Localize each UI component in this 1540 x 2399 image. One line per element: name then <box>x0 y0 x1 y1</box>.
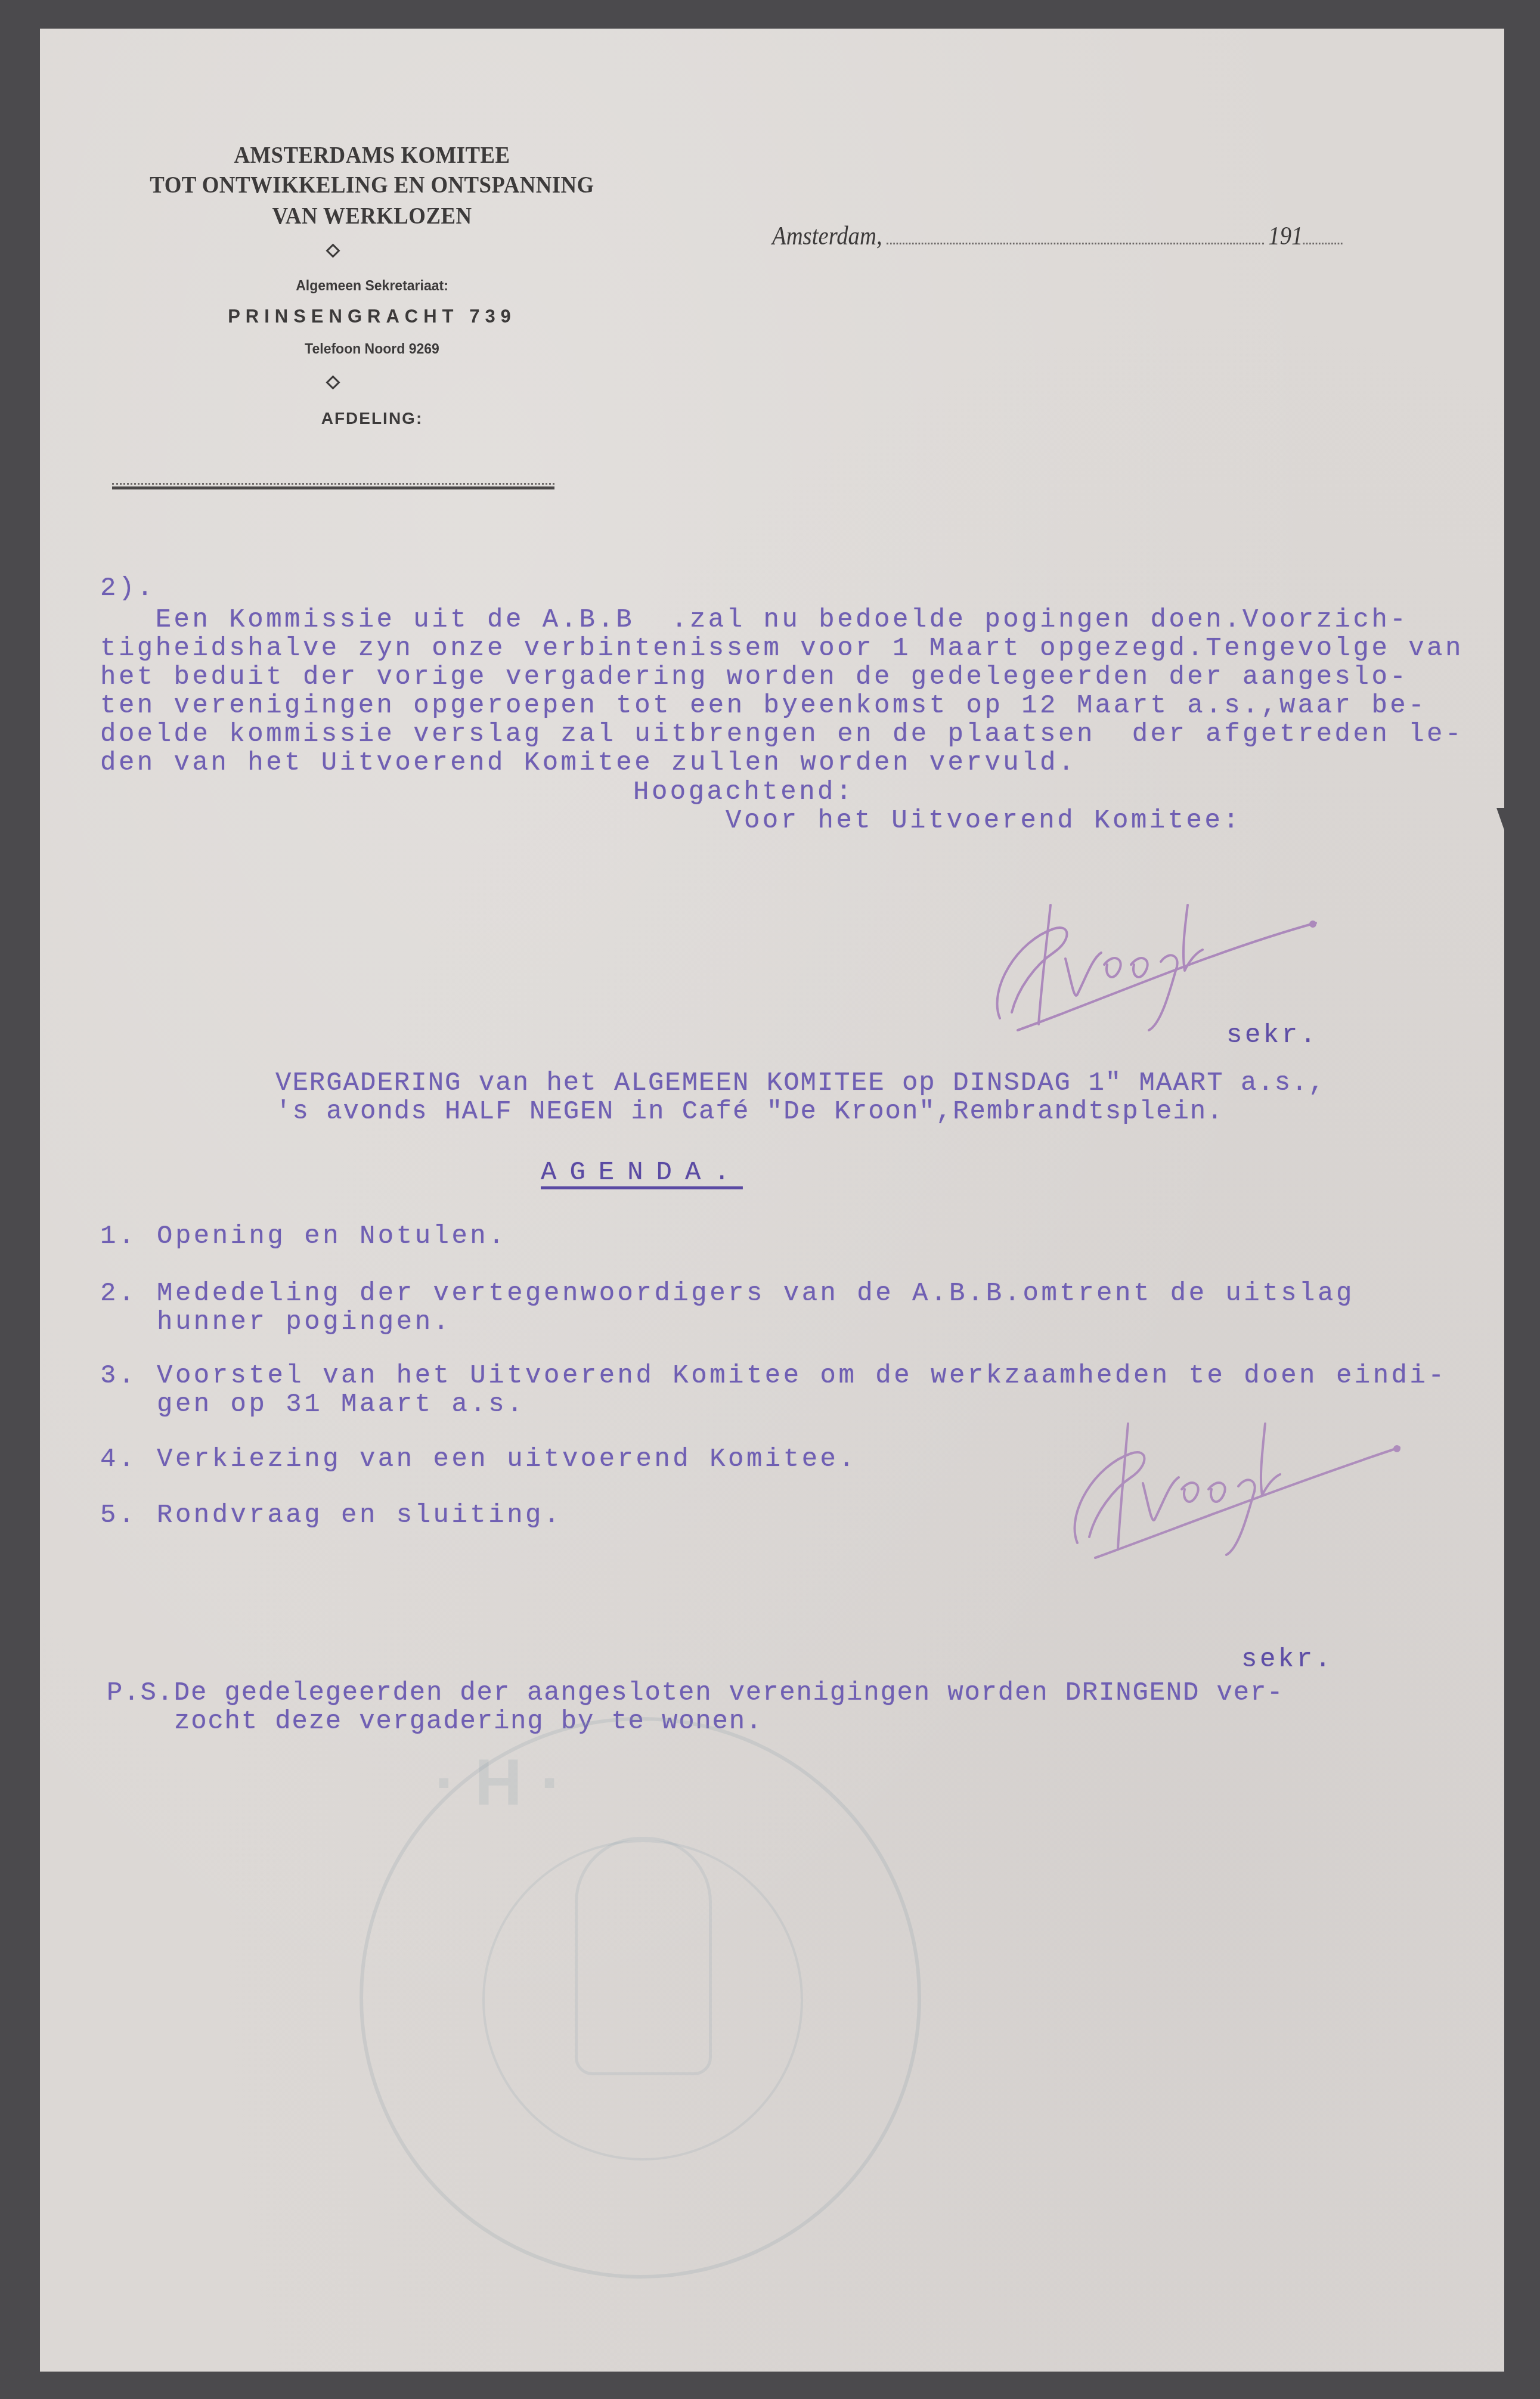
agenda-item-text: Verkiezing van een uitvoerend Komitee. <box>157 1445 857 1474</box>
agenda-item-number: 3. <box>100 1362 137 1390</box>
diamond-ornament-icon <box>326 243 340 258</box>
agenda-item-text: Opening en Notulen. <box>157 1222 507 1251</box>
agenda-item-text: gen op 31 Maart a.s. <box>157 1390 525 1419</box>
agenda-item-text: Mededeling der vertegenwoordigers van de… <box>157 1279 1355 1308</box>
dotted-rule <box>112 483 554 485</box>
closing: Hoogachtend: <box>633 778 854 807</box>
body-line: Een Kommissie uit de A.B.B .zal nu bedoe… <box>100 606 1408 634</box>
circular-stamp-icon: · H · <box>360 1717 921 2279</box>
agenda-title: AGENDA. <box>541 1158 743 1187</box>
diamond-ornament-icon <box>326 375 340 389</box>
year-blank <box>1303 243 1342 244</box>
body-line: den van het Uitvoerend Komitee zullen wo… <box>100 749 1077 777</box>
dateline-year: 191 <box>1268 221 1303 250</box>
agenda-item-number: 2. <box>100 1279 137 1308</box>
document-page: AMSTERDAMS KOMITEE TOT ONTWIKKELING EN O… <box>40 29 1504 2372</box>
org-name-line-3: VAN WERKLOZEN <box>67 202 678 230</box>
address: PRINSENGRACHT 739 <box>40 306 704 327</box>
on-behalf-of: Voor het Uitvoerend Komitee: <box>726 807 1241 835</box>
secretariat-label: Algemeen Sekretariaat: <box>40 278 704 294</box>
agenda-item-number: 1. <box>100 1222 137 1251</box>
stamp-shield <box>575 1837 712 2075</box>
org-name-line-1: AMSTERDAMS KOMITEE <box>67 141 678 169</box>
body-line: doelde kommissie verslag zal uitbrengen … <box>100 720 1464 749</box>
stamp-glyph: · H · <box>435 1744 562 1820</box>
meeting-line-2: 's avonds HALF NEGEN in Café "De Kroon",… <box>275 1098 1224 1126</box>
dateline-city: Amsterdam, <box>772 221 882 250</box>
meeting-line-1: VERGADERING van het ALGEMEEN KOMITEE op … <box>275 1069 1325 1098</box>
solid-rule <box>112 486 554 489</box>
dateline: Amsterdam,191 <box>772 221 1342 251</box>
date-blank <box>887 243 1265 244</box>
page-edge-tear <box>1496 808 1505 832</box>
org-name-line-2: TOT ONTWIKKELING EN ONTSPANNING <box>67 171 678 199</box>
agenda-item-text: Voorstel van het Uitvoerend Komitee om d… <box>157 1362 1446 1390</box>
body-line: ten verenigingen opgeroepen tot een byee… <box>100 692 1427 720</box>
body-line: het beduit der vorige vergadering worden… <box>100 663 1408 692</box>
signature-icon <box>1065 1412 1447 1561</box>
agenda-item-number: 4. <box>100 1445 137 1474</box>
agenda-item-text: hunner pogingen. <box>157 1308 451 1337</box>
agenda-item-number: 5. <box>100 1501 137 1530</box>
postscript-line-1: P.S.De gedelegeerden der aangesloten ver… <box>107 1679 1284 1707</box>
phone-number: Telefoon Noord 9269 <box>40 341 704 357</box>
signer-title: sekr. <box>1241 1645 1334 1674</box>
section-number: 2). <box>100 574 156 603</box>
department-label: AFDELING: <box>40 409 704 428</box>
agenda-item-text: Rondvraag en sluiting. <box>157 1501 562 1530</box>
signature-icon <box>982 887 1364 1042</box>
body-line: tigheidshalve zyn onze verbintenissem vo… <box>100 634 1464 663</box>
signer-title: sekr. <box>1226 1021 1319 1050</box>
